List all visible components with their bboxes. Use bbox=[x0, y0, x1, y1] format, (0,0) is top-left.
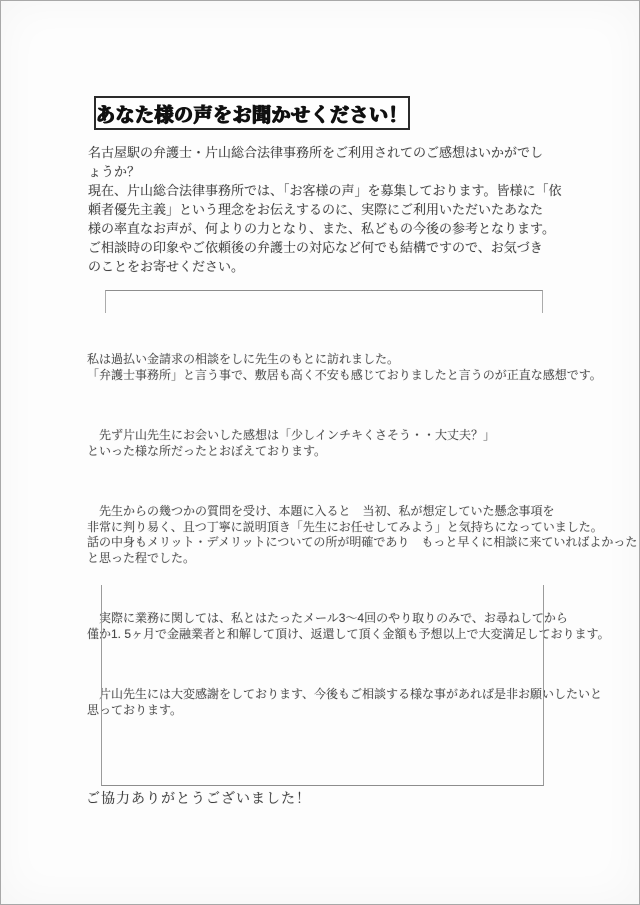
scanned-feedback-document: あなた様の声をお聞かせください！ 名古屋駅の弁護士・片山総合法律事務所をご利用さ… bbox=[0, 0, 640, 905]
intro-text: 名古屋駅の弁護士・片山総合法律事務所をご利用されてのご感想はいかがでし ょうか？… bbox=[88, 143, 561, 276]
page-title-box: あなた様の声をお聞かせください！ bbox=[94, 96, 410, 130]
review-paragraph: 先ず片山先生にお会いした感想は「少しインチキくさそう・・大丈夫？」 といった様な… bbox=[87, 428, 637, 459]
answer-box-top-border bbox=[105, 290, 543, 313]
answer-box bbox=[101, 585, 544, 786]
review-paragraph: 私は過払い金請求の相談をしに先生のもとに訪れました。 「弁護士事務所」と言う事で… bbox=[87, 352, 637, 383]
page-title: あなた様の声をお聞かせください！ bbox=[96, 99, 408, 127]
closing-text: ご協力ありがとうございました！ bbox=[86, 788, 311, 808]
review-paragraph: 先生からの幾つかの質問を受け、本題に入ると 当初、私が想定していた懸念事項を 非… bbox=[87, 504, 637, 566]
